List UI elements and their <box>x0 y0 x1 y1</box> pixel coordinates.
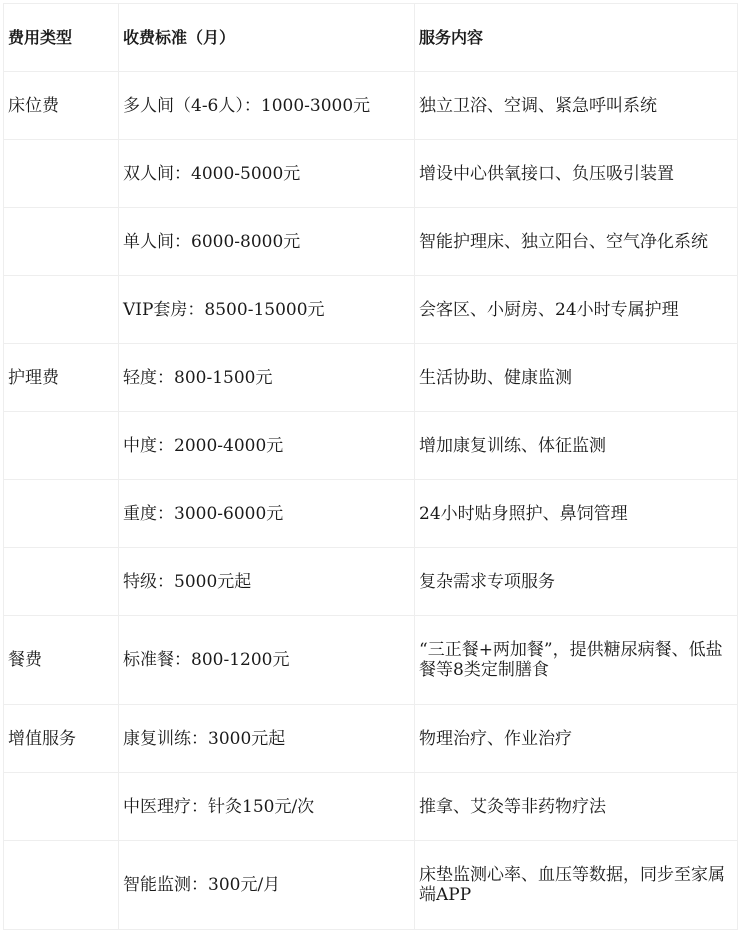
table-row: VIP套房：8500-15000元 会客区、小厨房、24小时专属护理 <box>4 276 738 344</box>
header-row: 费用类型 收费标准（月） 服务内容 <box>4 4 738 72</box>
category-cell: 床位费 <box>4 72 119 140</box>
service-cell: 复杂需求专项服务 <box>415 548 738 616</box>
standard-cell: 重度：3000-6000元 <box>119 480 415 548</box>
header-service: 服务内容 <box>415 4 738 72</box>
fee-table: 费用类型 收费标准（月） 服务内容 床位费 多人间（4-6人）：1000-300… <box>3 3 738 928</box>
table-row: 中度：2000-4000元 增加康复训练、体征监测 <box>4 412 738 480</box>
service-cell: 24小时贴身照护、鼻饲管理 <box>415 480 738 548</box>
standard-cell: 特级：5000元起 <box>119 548 415 616</box>
table-row: 智能监测：300元/月 床垫监测心率、血压等数据，同步至家属端APP <box>4 841 738 929</box>
service-cell: 床垫监测心率、血压等数据，同步至家属端APP <box>415 841 738 929</box>
category-cell <box>4 773 119 841</box>
service-cell: 增设中心供氧接口、负压吸引装置 <box>415 140 738 208</box>
category-cell <box>4 841 119 929</box>
standard-cell: 双人间：4000-5000元 <box>119 140 415 208</box>
table-row: 单人间：6000-8000元 智能护理床、独立阳台、空气净化系统 <box>4 208 738 276</box>
table-row: 重度：3000-6000元 24小时贴身照护、鼻饲管理 <box>4 480 738 548</box>
category-cell <box>4 140 119 208</box>
standard-cell: 轻度：800-1500元 <box>119 344 415 412</box>
service-cell: 物理治疗、作业治疗 <box>415 705 738 773</box>
category-cell <box>4 480 119 548</box>
standard-cell: VIP套房：8500-15000元 <box>119 276 415 344</box>
standard-cell: 中度：2000-4000元 <box>119 412 415 480</box>
category-cell: 增值服务 <box>4 705 119 773</box>
table-row: 双人间：4000-5000元 增设中心供氧接口、负压吸引装置 <box>4 140 738 208</box>
service-cell: 推拿、艾灸等非药物疗法 <box>415 773 738 841</box>
standard-cell: 中医理疗：针灸150元/次 <box>119 773 415 841</box>
header-standard: 收费标准（月） <box>119 4 415 72</box>
table-row: 护理费 轻度：800-1500元 生活协助、健康监测 <box>4 344 738 412</box>
table-row: 餐费 标准餐：800-1200元 “三正餐+两加餐”，提供糖尿病餐、低盐餐等8类… <box>4 616 738 705</box>
service-cell: 独立卫浴、空调、紧急呼叫系统 <box>415 72 738 140</box>
standard-cell: 智能监测：300元/月 <box>119 841 415 929</box>
standard-cell: 单人间：6000-8000元 <box>119 208 415 276</box>
category-cell <box>4 412 119 480</box>
service-cell: 会客区、小厨房、24小时专属护理 <box>415 276 738 344</box>
table-row: 中医理疗：针灸150元/次 推拿、艾灸等非药物疗法 <box>4 773 738 841</box>
header-category: 费用类型 <box>4 4 119 72</box>
table-row: 增值服务 康复训练：3000元起 物理治疗、作业治疗 <box>4 705 738 773</box>
standard-cell: 标准餐：800-1200元 <box>119 616 415 705</box>
category-cell: 餐费 <box>4 616 119 705</box>
standard-cell: 康复训练：3000元起 <box>119 705 415 773</box>
category-cell <box>4 208 119 276</box>
service-cell: 智能护理床、独立阳台、空气净化系统 <box>415 208 738 276</box>
table-row: 特级：5000元起 复杂需求专项服务 <box>4 548 738 616</box>
category-cell <box>4 276 119 344</box>
category-cell: 护理费 <box>4 344 119 412</box>
service-cell: 生活协助、健康监测 <box>415 344 738 412</box>
standard-cell: 多人间（4-6人）：1000-3000元 <box>119 72 415 140</box>
category-cell <box>4 548 119 616</box>
table-row: 床位费 多人间（4-6人）：1000-3000元 独立卫浴、空调、紧急呼叫系统 <box>4 72 738 140</box>
service-cell: 增加康复训练、体征监测 <box>415 412 738 480</box>
service-cell: “三正餐+两加餐”，提供糖尿病餐、低盐餐等8类定制膳食 <box>415 616 738 705</box>
